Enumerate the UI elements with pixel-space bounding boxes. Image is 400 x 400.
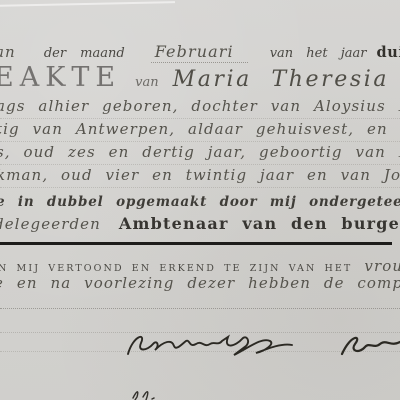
printed-van: van — [135, 75, 158, 90]
ruled-line — [0, 308, 400, 309]
handwritten-fragment: an — [0, 43, 16, 61]
printed-statement-caps: N MIJ VERTOOND EN ERKEND TE ZIJN VAN HET — [0, 263, 352, 274]
body-line-2: tig van Antwerpen, aldaar gehuisvest, en… — [0, 120, 400, 142]
signature-right-stroke — [334, 330, 400, 364]
signature-center — [122, 328, 300, 364]
name-entry: Maria Theresia Cesa — [173, 67, 400, 92]
section-rule — [0, 242, 392, 245]
body-line-1: ags alhier geboren, dochter van Aloysius… — [0, 97, 400, 119]
body-line-3: s, oud zes en dertig jaar, geboortig van… — [0, 143, 400, 165]
printed-der-maand: der maand — [44, 46, 125, 61]
scanned-civil-record-page: an der maand Februari van het jaar duize… — [0, 0, 400, 400]
printed-van-het-jaar: van het jaar — [270, 46, 367, 61]
signature-bottom-fragment — [130, 389, 160, 400]
printed-ambtenaar: Ambtenaar van den burgerlijken — [119, 214, 400, 233]
body-line-1-text: ags alhier geboren, dochter van Aloysius… — [0, 97, 400, 115]
written-vrouw: vrouw — [364, 257, 400, 275]
body-line-5: e en na voorlezing dezer hebben de comp — [0, 274, 400, 292]
body-line-5-text: e en na voorlezing dezer hebben de comp — [0, 274, 400, 292]
signature-center-stroke — [122, 328, 300, 364]
body-line-2-text: tig van Antwerpen, aldaar gehuisvest, en… — [0, 120, 400, 138]
closing-line: e in dubbel opgemaakt door mij ondergete… — [0, 191, 400, 210]
body-line-4-text: kman, oud vier en twintig jaar en van Jo… — [0, 166, 400, 184]
body-line-3-text: s, oud zes en dertig jaar, geboortig van… — [0, 143, 400, 161]
paper-edge-highlight — [0, 1, 175, 7]
title-line: EAKTE van Maria Theresia Cesa — [0, 62, 400, 93]
record-heading-fragment: EAKTE — [0, 62, 121, 93]
printed-duizend: duizend ne — [376, 44, 400, 61]
signature-right-fragment — [334, 330, 400, 364]
body-line-4: kman, oud vier en twintig jaar en van Jo… — [0, 166, 400, 188]
statement-line: N MIJ VERTOOND EN ERKEND TE ZIJN VAN HET… — [0, 254, 400, 275]
printed-closing-text: e in dubbel opgemaakt door mij ondergete… — [0, 194, 400, 210]
month-entry: Februari — [151, 42, 248, 63]
official-line: delegeerden Ambtenaar van den burgerlijk… — [0, 212, 400, 233]
written-delegeerden: delegeerden — [0, 215, 101, 233]
date-line: an der maand Februari van het jaar duize… — [0, 42, 400, 63]
signature-bottom-stroke — [130, 389, 160, 400]
